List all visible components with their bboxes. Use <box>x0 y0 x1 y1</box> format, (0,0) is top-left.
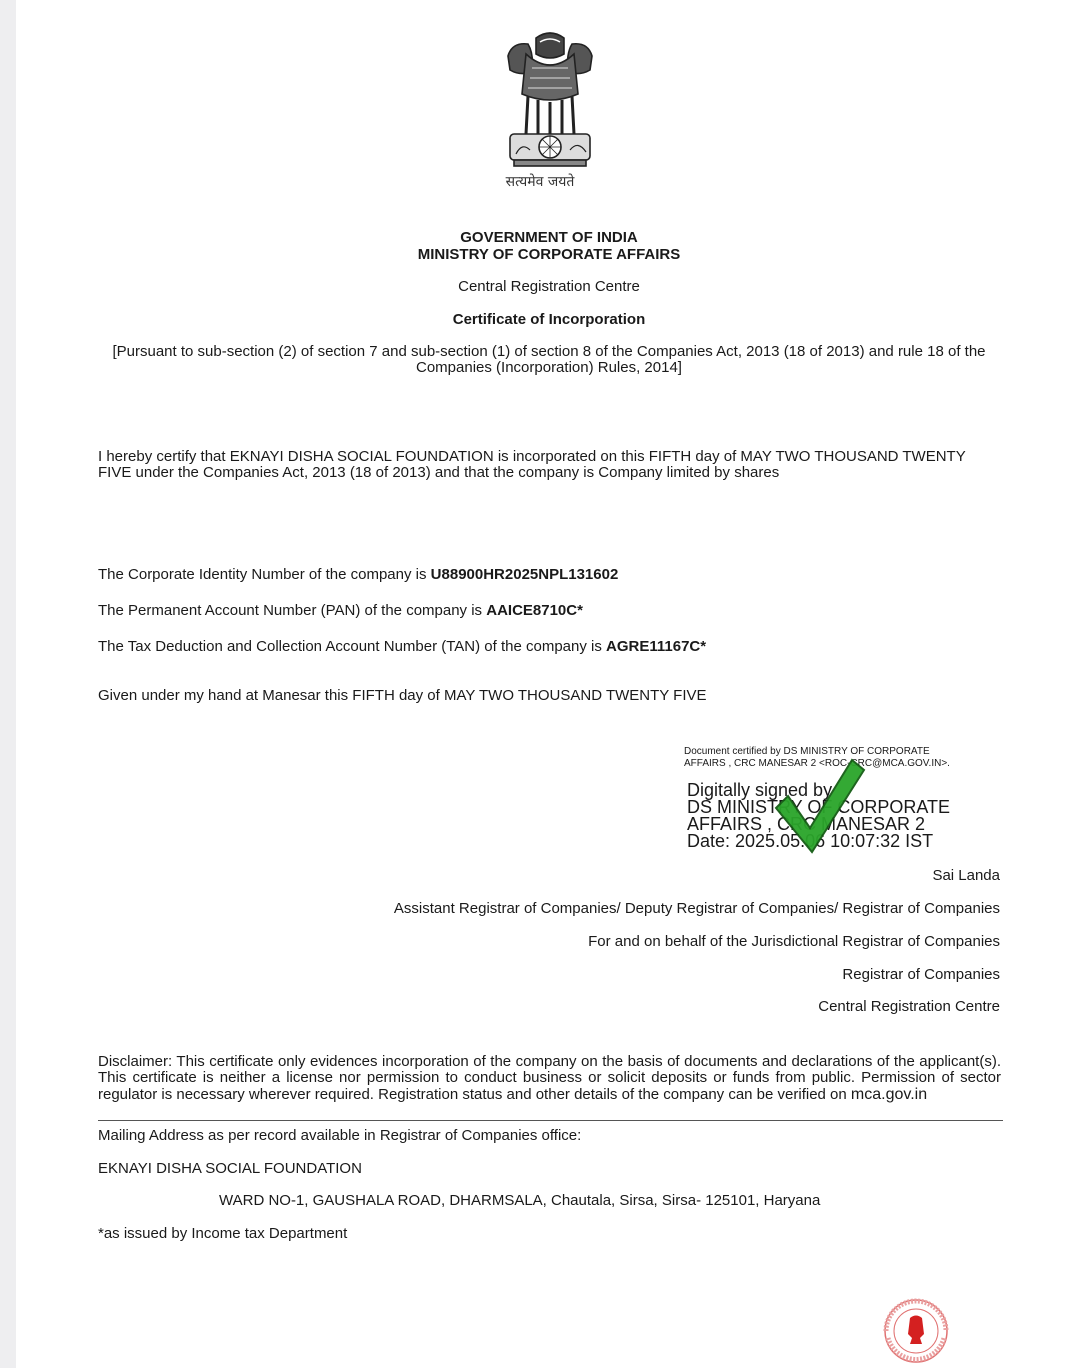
national-emblem-icon <box>498 24 602 174</box>
green-checkmark-icon <box>770 756 866 856</box>
tan-label: The Tax Deduction and Collection Account… <box>98 638 606 655</box>
cin-line: The Corporate Identity Number of the com… <box>98 566 618 583</box>
signatory-name: Sai Landa <box>932 867 1000 884</box>
ministry-seal-icon <box>880 1298 952 1364</box>
registration-centre: Central Registration Centre <box>0 278 1080 295</box>
disclaimer: Disclaimer: This certificate only eviden… <box>98 1054 1001 1103</box>
company-address: WARD NO-1, GAUSHALA ROAD, DHARMSALA, Cha… <box>219 1192 820 1209</box>
emblem-motto: सत्यमेव जयते <box>0 172 1080 191</box>
pan-value: AAICE8710C* <box>486 602 583 619</box>
government-title: GOVERNMENT OF INDIA <box>0 229 1080 246</box>
pursuant-clause: [Pursuant to sub-section (2) of section … <box>98 344 1000 376</box>
footnote: *as issued by Income tax Department <box>98 1225 347 1242</box>
mca-link[interactable]: mca.gov.in <box>851 1086 927 1103</box>
company-name: EKNAYI DISHA SOCIAL FOUNDATION <box>98 1160 362 1177</box>
pan-label: The Permanent Account Number (PAN) of th… <box>98 602 486 619</box>
signatory-designation: Assistant Registrar of Companies/ Deputy… <box>394 900 1000 917</box>
tan-line: The Tax Deduction and Collection Account… <box>98 638 706 655</box>
pan-line: The Permanent Account Number (PAN) of th… <box>98 602 583 619</box>
header-authority: GOVERNMENT OF INDIA MINISTRY OF CORPORAT… <box>0 229 1080 263</box>
cin-value: U88900HR2025NPL131602 <box>431 566 619 583</box>
signatory-office: Registrar of Companies <box>842 966 1000 983</box>
signatory-centre: Central Registration Centre <box>818 998 1000 1015</box>
signatory-behalf: For and on behalf of the Jurisdictional … <box>588 933 1000 950</box>
viewer-margin <box>0 0 16 1368</box>
tan-value: AGRE11167C* <box>606 638 706 655</box>
mailing-address-label: Mailing Address as per record available … <box>98 1127 581 1144</box>
divider <box>98 1120 1003 1121</box>
certification-statement: I hereby certify that EKNAYI DISHA SOCIA… <box>98 449 998 481</box>
ministry-title: MINISTRY OF CORPORATE AFFAIRS <box>0 246 1080 263</box>
given-under-hand: Given under my hand at Manesar this FIFT… <box>98 687 707 704</box>
cin-label: The Corporate Identity Number of the com… <box>98 566 431 583</box>
page-title: Certificate of Incorporation <box>0 311 1080 328</box>
